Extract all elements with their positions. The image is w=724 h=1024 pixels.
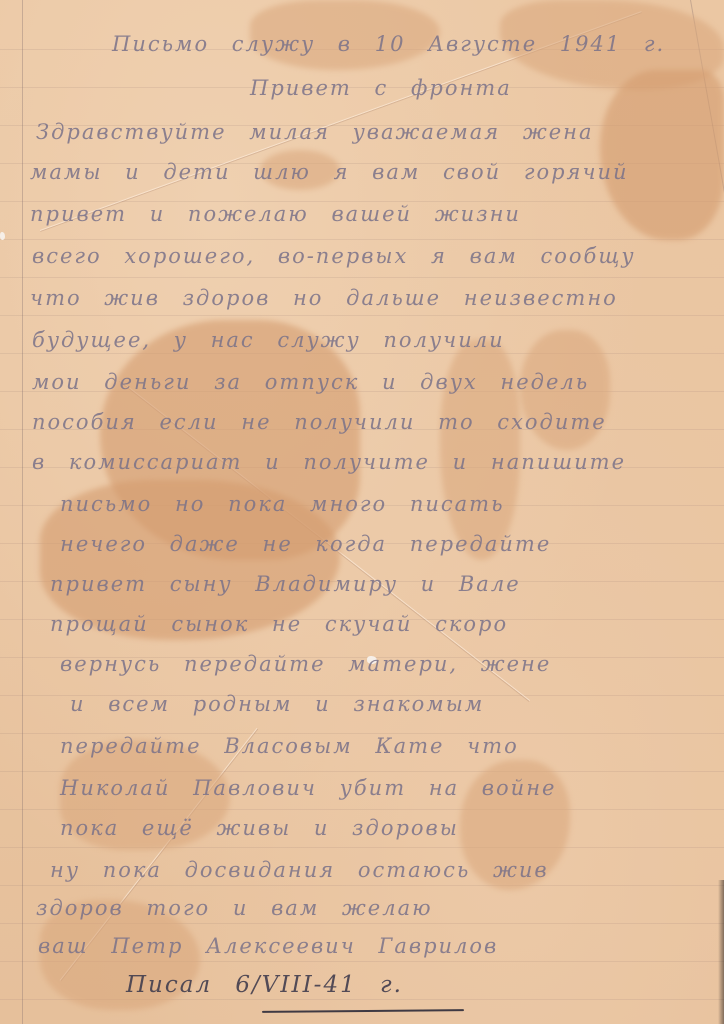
letter-line: здоров того и вам желаю [36,896,433,920]
letter-line: пока ещё живы и здоровы [60,816,459,840]
letter-line: и всем родным и знакомым [70,692,484,716]
letter-line: нечего даже не когда передайте [60,532,551,556]
letter-page: Письмо служу в 10 Августе 1941 г. Привет… [0,0,724,1024]
letter-greeting: Привет с фронта [250,76,512,100]
letter-line: в комиссариат и получите и напишите [32,450,626,474]
letter-line: пособия если не получили то сходите [32,410,607,434]
letter-line: передайте Власовым Кате что [60,734,519,758]
letter-line: Николай Павлович убит на войне [60,776,556,800]
letter-line: письмо но пока много писать [60,492,505,516]
letter-line: будущее, у нас служу получили [32,328,505,352]
letter-line: Здравствуйте милая уважаемая жена [36,120,594,144]
handwritten-text: Письмо служу в 10 Августе 1941 г. Привет… [0,0,724,1024]
letter-line: мои деньги за отпуск и двух недель [32,370,589,394]
letter-line: привет сыну Владимиру и Вале [50,572,521,596]
letter-line: мамы и дети шлю я вам свой горячий [30,160,629,184]
letter-line: всего хорошего, во-первых я вам сообщу [32,244,636,268]
letter-header: Письмо служу в 10 Августе 1941 г. [112,32,665,56]
letter-line: что жив здоров но дальше неизвестно [30,286,618,310]
letter-line: вернусь передайте матери, жене [60,652,551,676]
letter-line: прощай сынок не скучай скоро [50,612,508,636]
letter-signature: ваш Петр Алексеевич Гаврилов [38,934,498,958]
letter-line: привет и пожелаю вашей жизни [30,202,521,226]
letter-line: ну пока досвидания остаюсь жив [50,858,549,882]
letter-date: Писал 6/VIII-41 г. [126,972,403,998]
